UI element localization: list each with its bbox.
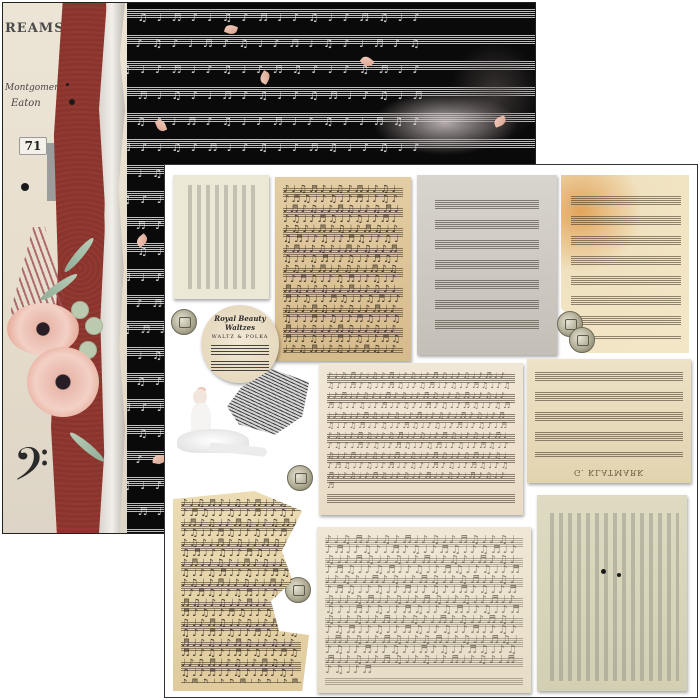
- staff-lines: [211, 344, 269, 356]
- score-footer-text: G. KLATMARK: [527, 468, 691, 477]
- eucalyptus-icon: [85, 317, 103, 335]
- script-text-eaton: Eaton: [11, 98, 41, 109]
- poppy-flower-icon: [27, 347, 99, 417]
- note-row: ♫ ♩ ♪ ♬ ♩ ♪ ♫ ♩ ♪ ♬ ♫ ♪ ♩ ♪ ♫ ♬ ♩ ♪: [121, 57, 425, 83]
- ink-blot: [601, 569, 606, 574]
- staff-lines: [545, 513, 679, 681]
- staff-lines: [435, 197, 539, 333]
- dreams-heading-text: REAMS: [5, 21, 65, 36]
- staff-lines: [571, 193, 681, 339]
- grey-score-piece[interactable]: [417, 175, 557, 355]
- coin-icon: [569, 327, 595, 353]
- aged-score-piece[interactable]: ♪♩♫♬♪♩♫♪♬♩♪♫♩♪♬♫♩♪♫♩♪♬♩♪♫♪♩♬♪♫♩♪♬♫♩♪♫♬♩♪…: [275, 177, 411, 361]
- ink-blot: [617, 573, 621, 577]
- script-text-montgomery: Montgomery: [5, 83, 63, 93]
- staff-lines: [183, 185, 259, 289]
- note-row: ♪ ♬ ♩ ♫ ♪ ♩ ♬ ♪ ♫ ♩ ♪ ♫ ♬ ♩ ♪ ♫ ♩ ♬: [121, 83, 425, 109]
- note-row: ♩ ♪ ♫ ♪ ♩ ♬ ♪ ♫ ♩ ♪ ♬ ♩ ♫ ♪ ♩ ♬ ♪ ♫: [121, 31, 425, 57]
- ink-splatter: [21, 183, 29, 191]
- ephemera-cutout-sheet: ♪♩♫♬♪♩♫♪♬♩♪♫♩♪♬♫♩♪♫♩♪♬♩♪♫♪♩♬♪♫♩♪♬♫♩♪♫♬♩♪…: [164, 164, 698, 698]
- coin-icon: [287, 465, 313, 491]
- vintage-collage-strip: REAMS Montgomery Eaton 71 𝄢: [3, 3, 127, 533]
- music-notes: ♪♩♫♬♪♩♫♪♬♩♪♫♩♪♬♫♩♪♫♩♪♬♩♪♫♪♩♬♪♫♩♪♬♫♩♪♫♬♩♪…: [181, 499, 301, 683]
- sketch-manuscript-piece[interactable]: ♪♩♫♬♪♩♫♪♬♩♪♫♩♪♬♫♩♪♫♩♪♬♩♪♫♪♩♬♪♫♩♪♬♫♩♪♫♬♩♪…: [317, 527, 531, 693]
- medallion-subtitle: WALTZ & POLKA: [201, 334, 279, 340]
- ink-splatter: [66, 83, 69, 86]
- staff-lines: [211, 360, 269, 372]
- coin-icon: [171, 309, 197, 335]
- staff-lines: [535, 369, 683, 457]
- note-row: ♬ ♪ ♩ ♫ ♪ ♬ ♩ ♪ ♫ ♩ ♪ ♬ ♫ ♩ ♪ ♫ ♩ ♪: [121, 135, 425, 161]
- music-notes: ♪♩♫♬♪♩♫♪♬♩♪♫♩♪♬♫♩♪♫♩♪♬♩♪♫♪♩♬♪♫♩♪♬♫♩♪♫♬♩♪…: [283, 185, 403, 353]
- music-notes: ♪♩♫♬♪♩♫♪♬♩♪♫♩♪♬♫♩♪♫♩♪♬♩♪♫♪♩♬♪♫♩♪♬♫♩♪♫♬♩♪…: [327, 371, 515, 507]
- violin-score-piece[interactable]: G. KLATMARK: [527, 359, 691, 483]
- note-row: ♪ ♫ ♩ ♬ ♪ ♩ ♫ ♪ ♬ ♩ ♪ ♫ ♩ ♪ ♬ ♫ ♩ ♪: [121, 5, 425, 31]
- number-tag-71: 71: [19, 137, 47, 155]
- round-music-label[interactable]: Royal Beauty Waltzes WALTZ & POLKA: [201, 305, 279, 383]
- music-notes: ♪♩♫♬♪♩♫♪♬♩♪♫♩♪♬♫♩♪♫♩♪♬♩♪♫♪♩♬♪♫♩♪♬♫♩♪♫♬♩♪…: [325, 535, 523, 685]
- bass-clef-icon: 𝄢: [13, 443, 49, 499]
- medallion-title: Royal Beauty Waltzes: [201, 314, 279, 332]
- ruled-manuscript-piece[interactable]: [537, 495, 687, 691]
- faded-manuscript-piece[interactable]: [173, 175, 269, 299]
- figurine-leg: [209, 442, 268, 457]
- handwritten-score-piece[interactable]: ♪♩♫♬♪♩♫♪♬♩♪♫♩♪♬♫♩♪♫♩♪♬♩♪♫♪♩♬♪♫♩♪♬♫♩♪♫♬♩♪…: [319, 363, 523, 515]
- note-row: ♩ ♫ ♪ ♩ ♬ ♪ ♫ ♩ ♪ ♬ ♩ ♪ ♫ ♪ ♩ ♬ ♫ ♪: [121, 109, 425, 135]
- ink-splatter: [69, 99, 75, 105]
